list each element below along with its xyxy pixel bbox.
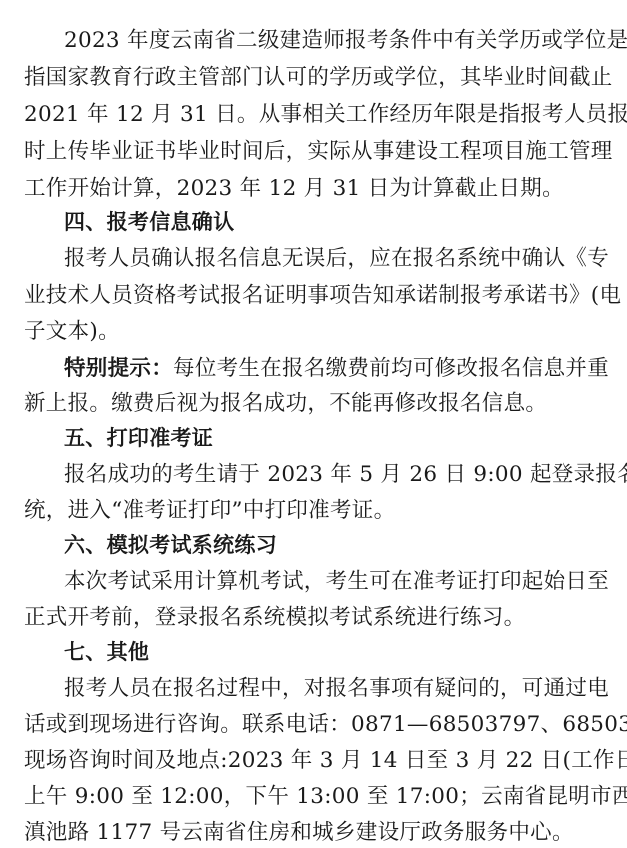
paragraph-line: 上午 9:00 至 12:00，下午 13:00 至 17:00；云南省昆明市西…: [24, 778, 604, 815]
paragraph-line: 滇池路 1177 号云南省住房和城乡建设厅政务服务中心。: [24, 814, 604, 848]
paragraph-line: 现场咨询时间及地点:2023 年 3 月 14 日至 3 月 22 日(工作日)…: [24, 742, 604, 779]
paragraph-line: 2023 年度云南省二级建造师报考条件中有关学历或学位是: [64, 22, 604, 59]
notice-label: 特别提示：: [64, 350, 173, 387]
paragraph-line: 时上传毕业证书毕业时间后，实际从事建设工程项目施工管理: [24, 133, 604, 170]
paragraph-line: 统，进入“准考证打印”中打印准考证。: [24, 492, 604, 529]
paragraph-line: 本次考试采用计算机考试，考生可在准考证打印起始日至: [64, 563, 604, 600]
paragraph-line: 子文本)。: [24, 313, 604, 350]
paragraph-line: 报考人员确认报名信息无误后，应在报名系统中确认《专: [64, 240, 604, 277]
paragraph-line: 指国家教育行政主管部门认可的学历或学位，其毕业时间截止: [24, 59, 604, 96]
section-heading: 四、报考信息确认: [64, 204, 604, 241]
notice-line: 特别提示： 每位考生在报名缴费前均可修改报名信息并重: [64, 350, 604, 387]
paragraph-line: 报考人员在报名过程中，对报名事项有疑问的，可通过电: [64, 670, 604, 707]
document-page: 2023 年度云南省二级建造师报考条件中有关学历或学位是 指国家教育行政主管部门…: [0, 0, 627, 848]
paragraph-line: 业技术人员资格考试报名证明事项告知承诺制报考承诺书》(电: [24, 277, 604, 314]
section-heading: 六、模拟考试系统练习: [64, 527, 604, 564]
section-heading: 五、打印准考证: [64, 420, 604, 457]
section-heading: 七、其他: [64, 634, 604, 671]
notice-text: 每位考生在报名缴费前均可修改报名信息并重: [173, 350, 609, 387]
paragraph-line: 工作开始计算，2023 年 12 月 31 日为计算截止日期。: [24, 170, 604, 207]
paragraph-line: 新上报。缴费后视为报名成功，不能再修改报名信息。: [24, 385, 604, 422]
paragraph-line: 2021 年 12 月 31 日。从事相关工作经历年限是指报考人员报名: [24, 96, 604, 133]
paragraph-line: 话或到现场进行咨询。联系电话：0871—68503797、68503798;: [24, 706, 604, 743]
paragraph-line: 正式开考前，登录报名系统模拟考试系统进行练习。: [24, 599, 604, 636]
paragraph-line: 报名成功的考生请于 2023 年 5 月 26 日 9:00 起登录报名系: [64, 456, 604, 493]
